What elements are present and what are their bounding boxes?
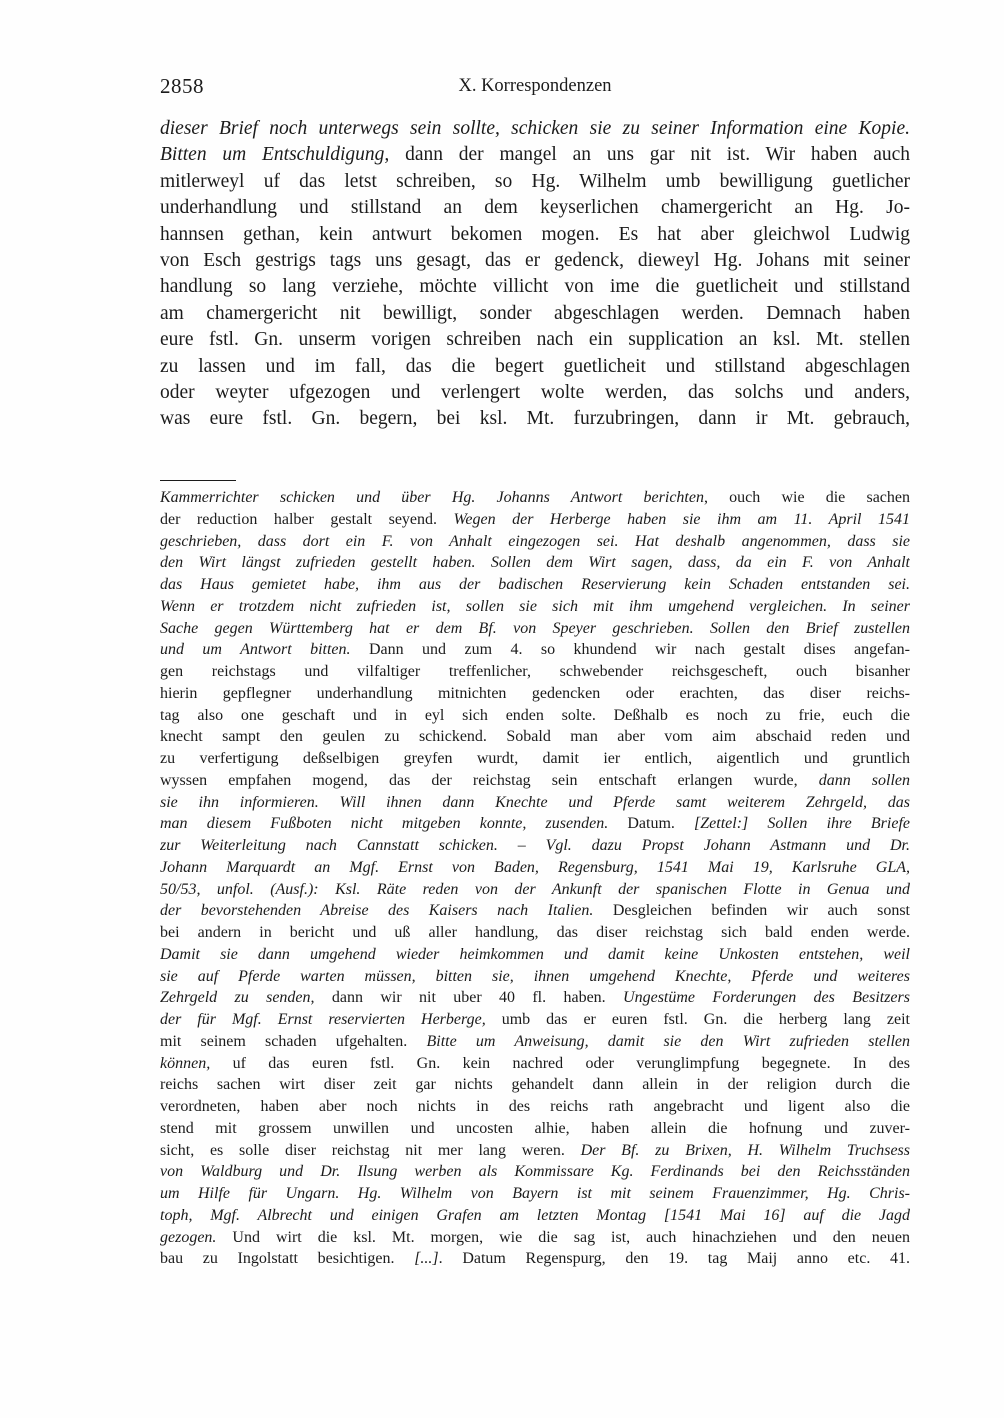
text-line: Johann Marquardt an Mgf. Ernst von Baden… [160, 857, 910, 879]
text-line: oder weyter ufgezogen und verlengert wol… [160, 380, 910, 406]
text-line: gen reichstags und vilfaltiger treffenli… [160, 661, 910, 683]
text-line: hannsen gethan, kein antwurt bekomen mog… [160, 222, 910, 248]
running-header: X. Korrespondenzen [160, 76, 910, 97]
book-page: 2858 X. Korrespondenzen dieser Brief noc… [0, 0, 1004, 1418]
footnote-text: Kammerrichter schicken und über Hg. Joha… [160, 487, 910, 1270]
text-line: bau zu Ingolstatt besichtigen. [...]. Da… [160, 1248, 910, 1270]
text-line: handlung so lang verziehe, möchte villic… [160, 274, 910, 300]
text-line: wyssen empfahen mogend, das der reichsta… [160, 770, 910, 792]
text-line: verordneten, haben aber noch nichts in d… [160, 1096, 910, 1118]
text-line: der reduction halber gestalt seyend. Weg… [160, 509, 910, 531]
text-line: können, uf das euren fstl. Gn. kein nach… [160, 1053, 910, 1075]
text-line: der bevorstehenden Abreise des Kaisers n… [160, 900, 910, 922]
text-line: hierin gepflegner underhandlung mitnicht… [160, 683, 910, 705]
text-line: dieser Brief noch unterwegs sein sollte,… [160, 116, 910, 142]
text-line: gezogen. Und wirt die ksl. Mt. morgen, w… [160, 1227, 910, 1249]
text-line: Damit sie dann umgehend wieder heimkomme… [160, 944, 910, 966]
text-line: um Hilfe für Ungarn. Hg. Wilhelm von Bay… [160, 1183, 910, 1205]
text-line: zu lassen und im fall, das die begert gu… [160, 354, 910, 380]
text-line: mitlerweyl uf das letst schreiben, so Hg… [160, 169, 910, 195]
text-line: sie ihn informieren. Will ihnen dann Kne… [160, 792, 910, 814]
text-line: stend mit grossem unwillen und uncosten … [160, 1118, 910, 1140]
text-line: knecht sampt den geulen zu schickend. So… [160, 726, 910, 748]
text-line: von Waldburg und Dr. Ilsung werben als K… [160, 1161, 910, 1183]
text-line: underhandlung und stillstand an dem keys… [160, 195, 910, 221]
text-line: toph, Mgf. Albrecht und einigen Grafen a… [160, 1205, 910, 1227]
text-line: sie auf Pferde warten müssen, bitten sie… [160, 966, 910, 988]
text-line: geschrieben, dass dort ein F. von Anhalt… [160, 531, 910, 553]
text-line: bei andern in bericht und uß aller handl… [160, 922, 910, 944]
text-line: am chamergericht nit bewilligt, sonder a… [160, 301, 910, 327]
text-line: zu verfertigung deßselbigen greyfen wurd… [160, 748, 910, 770]
text-line: man diesem Fußboten nicht mitgeben konnt… [160, 813, 910, 835]
text-line: mit seinem schaden ufgehalten. Bitte um … [160, 1031, 910, 1053]
text-line: 50/53, unfol. (Ausf.): Ksl. Räte reden v… [160, 879, 910, 901]
text-line: Bitten um Entschuldigung, dann der mange… [160, 142, 910, 168]
text-line: sicht, es solle diser reichstag nit mer … [160, 1140, 910, 1162]
footnote-separator-rule [160, 480, 236, 481]
text-line: von Esch gestrigs tags uns gesagt, das e… [160, 248, 910, 274]
text-line: der für Mgf. Ernst reservierten Herberge… [160, 1009, 910, 1031]
text-line: eure fstl. Gn. unserm vorigen schreiben … [160, 327, 910, 353]
text-line: tag also one geschaft und in eyl sich en… [160, 705, 910, 727]
text-line: zur Weiterleitung nach Cannstatt schicke… [160, 835, 910, 857]
text-line: Wenn er trotzdem nicht zufrieden ist, so… [160, 596, 910, 618]
text-line: Kammerrichter schicken und über Hg. Joha… [160, 487, 910, 509]
text-line: das Haus gemietet habe, ihm aus der badi… [160, 574, 910, 596]
text-line: und um Antwort bitten. Dann und zum 4. s… [160, 639, 910, 661]
text-line: reichs sachen wirt diser zeit gar nichts… [160, 1074, 910, 1096]
text-line: Sache gegen Württemberg hat er dem Bf. v… [160, 618, 910, 640]
page-header: 2858 X. Korrespondenzen [160, 74, 910, 102]
text-line: Zehrgeld zu senden, dann wir nit uber 40… [160, 987, 910, 1009]
text-line: was eure fstl. Gn. begern, bei ksl. Mt. … [160, 406, 910, 432]
main-body-text: dieser Brief noch unterwegs sein sollte,… [160, 116, 910, 433]
text-line: den Wirt längst zufrieden gestellt haben… [160, 552, 910, 574]
